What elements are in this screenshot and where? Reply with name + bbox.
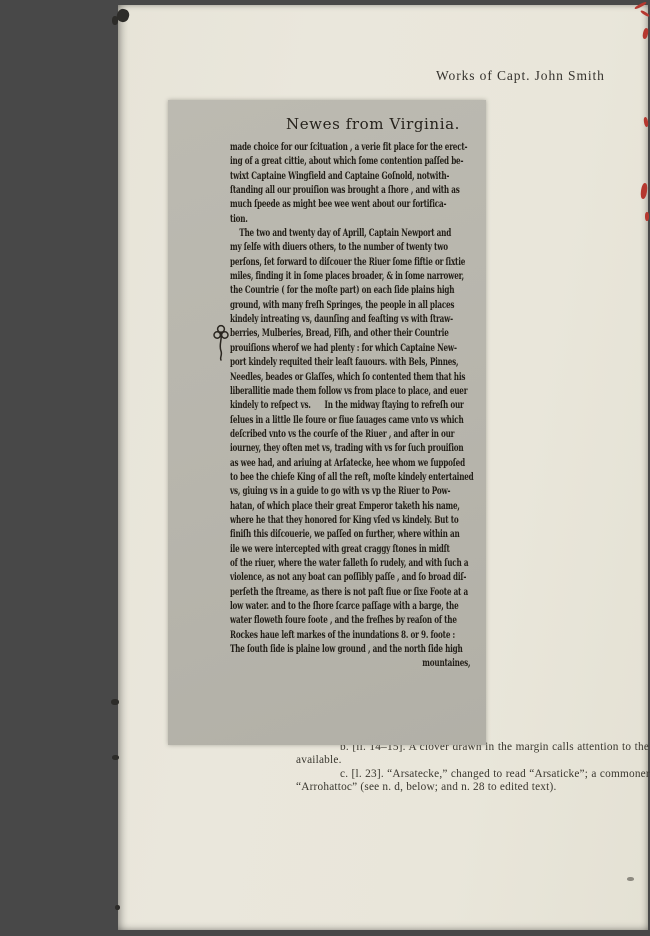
facsimile-title: Newes from Virginia.	[248, 115, 486, 133]
facsimile-line: water floweth foure foote , and the freſ…	[230, 613, 403, 627]
facsimile-panel: Newes from Virginia. made choice for our…	[168, 100, 486, 745]
clover-icon	[213, 323, 229, 361]
running-head-title: Works of Capt. John Smith	[436, 68, 605, 84]
facsimile-line: ile we were intercepted with great cragg…	[230, 542, 403, 556]
facsimile-line: my ſelfe with diuers others, to the numb…	[230, 240, 403, 254]
footnotes: b. [ll. 14–15]. A clover drawn in the ma…	[296, 741, 650, 795]
facsimile-line: miles, finding it in ſome places broader…	[230, 269, 403, 283]
page-edge-mark	[627, 877, 634, 881]
facsimile-line: deſcribed vnto vs the courſe of the Riue…	[230, 427, 403, 441]
facsimile-line: ing of a great cittie, about which ſome …	[230, 154, 403, 168]
screenshot-root: { "header": { "title": "Works of Capt. J…	[0, 0, 650, 936]
facsimile-line: The two and twenty day of Aprill, Captai…	[230, 226, 403, 240]
footnote-c: c. [l. 23]. “Arsatecke,” changed to read…	[296, 768, 650, 795]
facsimile-line: vs, giuing vs in a guide to go with vs v…	[230, 484, 403, 498]
facsimile-line: perſeth the ſtreame, as there is not paſ…	[230, 585, 403, 599]
facsimile-line: much ſpeede as might bee wee went about …	[230, 197, 403, 211]
facsimile-line: kindely intreating vs, daunſing and feaſ…	[230, 312, 403, 326]
facsimile-line: liberallitie made them follow vs from pl…	[230, 384, 403, 398]
facsimile-line: where he that they honored for King vſed…	[230, 513, 403, 527]
facsimile-line: the Countrie ( for the moſte part) on ea…	[230, 283, 403, 297]
facsimile-line: ſelues in a little Ile foure or fiue ſau…	[230, 413, 403, 427]
facsimile-line: hatan, of which place their great Empero…	[230, 499, 403, 513]
red-pen-mark	[645, 212, 649, 221]
page-edge-mark	[115, 905, 120, 910]
facsimile-line: iourney, they often met vs, trading with…	[230, 441, 403, 455]
facsimile-line: perſons, ſet forward to diſcouer the Riu…	[230, 255, 403, 269]
facsimile-line: The ſouth ſide is plaine low ground , an…	[230, 642, 403, 656]
footnote-b: b. [ll. 14–15]. A clover drawn in the ma…	[296, 741, 650, 768]
facsimile-line: ſtanding all our prouiſion was brought a…	[230, 183, 403, 197]
facsimile-line: finiſh this diſcouerie, we paſſed on fur…	[230, 527, 403, 541]
facsimile-line: low water. and to the ſhore ſcarce paſſa…	[230, 599, 403, 613]
facsimile-line: made choice for our ſcituation , a verie…	[230, 140, 403, 154]
red-pen-mark	[642, 28, 649, 40]
page-edge-mark	[112, 16, 118, 25]
page-edge-mark	[112, 755, 119, 760]
facsimile-text: made choice for our ſcituation , a verie…	[230, 140, 480, 671]
facsimile-line: kindely to reſpect vs. In the midway ſta…	[230, 398, 403, 412]
facsimile-line: of the riuer, where the water falleth ſo…	[230, 556, 403, 570]
facsimile-line: violence, as not any boat can poſſibly p…	[230, 570, 403, 584]
facsimile-line: Rockes haue left markes of the inundatio…	[230, 628, 403, 642]
facsimile-line: tion.	[230, 212, 403, 226]
facsimile-catchword: mountaines,	[308, 656, 481, 670]
facsimile-line: to bee the chiefe King of all the reſt, …	[230, 470, 403, 484]
facsimile-line: as wee had, and ariuing at Arſatecke, he…	[230, 456, 403, 470]
facsimile-line: prouiſions wherof we had plenty : for wh…	[230, 341, 403, 355]
page-edge-mark	[111, 699, 119, 705]
facsimile-line: Needles, beades or Glaſſes, which ſo con…	[230, 370, 403, 384]
facsimile-line: twixt Captaine Wingfield and Captaine Go…	[230, 169, 403, 183]
facsimile-line: berries, Mulberies, Bread, Fiſh, and oth…	[230, 326, 403, 340]
facsimile-line: port kindely requited their leaſt fauour…	[230, 355, 403, 369]
facsimile-line: ground, with many freſh Springes, the pe…	[230, 298, 403, 312]
